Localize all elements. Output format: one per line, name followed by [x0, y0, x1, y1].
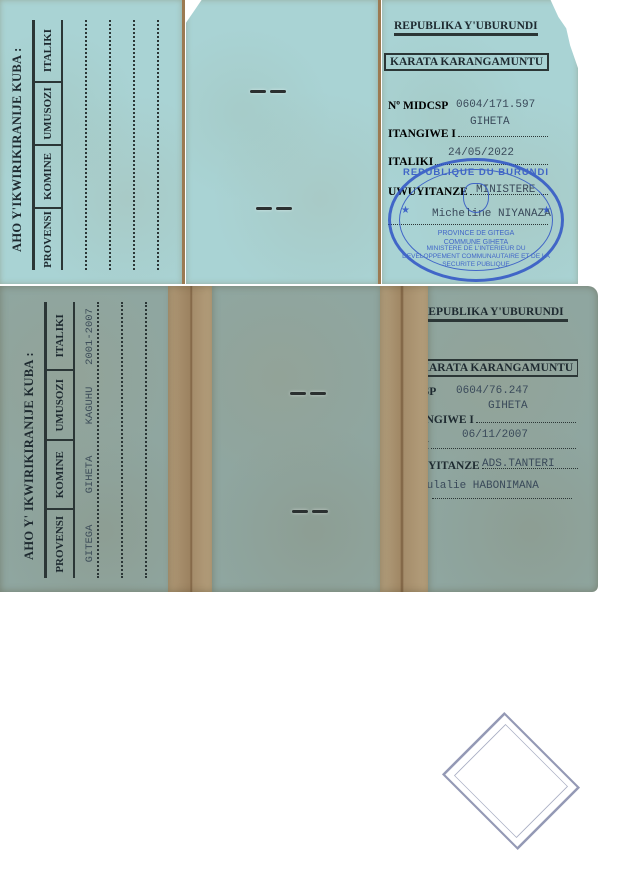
signature-line: [432, 498, 572, 499]
card2-front-page: REPUBLIKA Y'UBURUNDI KARATA KARANGAMUNTU…: [428, 286, 598, 592]
star-icon: ★: [401, 205, 410, 216]
cell: [135, 83, 157, 146]
col-italiki: ITALIKI: [47, 302, 73, 370]
card2-value-number: 0604/76.247: [456, 385, 529, 397]
cell: [135, 208, 157, 271]
field-label: Nº MIDCSP: [388, 100, 448, 112]
coat-of-arms-icon: [463, 183, 489, 213]
star-icon: ★: [542, 205, 551, 216]
identity-card-2: AHO Y' IKWIRIKIRANIJE KUBA : PROVENSI KO…: [0, 286, 600, 594]
cell-provensi: GITEGA: [75, 509, 97, 578]
col-umusozi: UMUSOZI: [47, 370, 73, 440]
official-stamp-republique: REPUBLIQUE DU BURUNDI ★ ★ PROVINCE DE GI…: [388, 158, 564, 282]
cell: [147, 371, 169, 440]
card1-value-issued-at: GIHETA: [470, 116, 510, 128]
cell: [111, 145, 133, 208]
cell: [123, 509, 145, 578]
stamp-province: PROVINCE DE GITEGA COMMUNE GIHETA: [391, 229, 561, 247]
card1-back-page: AHO Y'IKWIRIKIRANIJE KUBA : PROVENSI KOM…: [0, 0, 185, 284]
table-row: [135, 20, 159, 270]
cell: [87, 83, 109, 146]
cell: [123, 440, 145, 509]
card2-residence-table: AHO Y' IKWIRIKIRANIJE KUBA : PROVENSI KO…: [22, 302, 172, 578]
cell-italiki: 2001-2007: [75, 302, 97, 371]
card2-value-issuer: ADS.TANTERI: [482, 458, 555, 470]
cell: [63, 145, 85, 208]
col-italiki: ITALIKI: [35, 20, 61, 81]
card2-republic-heading: REPUBLIKA Y'UBURUNDI: [428, 306, 568, 322]
staple-icon: [312, 510, 328, 513]
card2-photo-page: [212, 286, 382, 592]
stamp-top-text: REPUBLIQUE DU BURUNDI: [391, 167, 561, 178]
cell: [87, 208, 109, 271]
card1-value-number: 0604/171.597: [456, 99, 535, 111]
cell: [99, 440, 121, 509]
field-label: ITANGIWE I: [428, 414, 474, 426]
cell: [111, 83, 133, 146]
cell: [87, 20, 109, 83]
cell: [99, 371, 121, 440]
table-row: [87, 20, 111, 270]
staple-icon: [292, 510, 308, 513]
field-label: ITALIKI: [428, 440, 429, 452]
stamp-ministry: MINISTERE DE L'INTERIEUR DU DEVELOPPEMEN…: [401, 245, 551, 269]
stamp-commune-line: COMMUNE GIHETA: [391, 238, 561, 247]
card2-signatory: Eulalie HABONIMANA: [428, 480, 539, 492]
cell: [147, 509, 169, 578]
binding-tape-left: [168, 286, 214, 592]
field-label: UWUYITANZE: [428, 460, 480, 472]
field-label: Nº MIDCSP: [428, 386, 436, 398]
col-provensi: PROVENSI: [47, 509, 73, 579]
card2-value-issued-at: GIHETA: [488, 400, 528, 412]
cell: [111, 208, 133, 271]
col-umusozi: UMUSOZI: [35, 81, 61, 144]
card2-card-title: KARATA KARANGAMUNTU: [428, 359, 578, 377]
cell-komine: GIHETA: [75, 440, 97, 509]
col-provensi: PROVENSI: [35, 207, 61, 270]
staple-icon: [256, 207, 272, 210]
card1-residence-title: AHO Y'IKWIRIKIRANIJE KUBA :: [10, 20, 25, 270]
identity-card-1: AHO Y'IKWIRIKIRANIJE KUBA : PROVENSI KOM…: [0, 0, 578, 284]
cell: [123, 371, 145, 440]
cell: [111, 20, 133, 83]
card1-field-issued-at: ITANGIWE I: [388, 126, 548, 140]
col-komine: KOMINE: [47, 439, 73, 509]
table-row: [111, 20, 135, 270]
staple-icon: [310, 392, 326, 395]
table-row: GITEGAGIHETAKAGUHU2001-2007: [75, 302, 99, 578]
card1-card-title: KARATA KARANGAMUNTU: [384, 53, 549, 71]
cell: [135, 145, 157, 208]
cell-umusozi: KAGUHU: [75, 371, 97, 440]
cell: [123, 302, 145, 371]
official-stamp-diamond: [442, 712, 580, 850]
cell: [87, 145, 109, 208]
staple-icon: [250, 90, 266, 93]
stamp-province-line: PROVINCE DE GITEGA: [391, 229, 561, 238]
card1-photo-page: [186, 0, 381, 284]
card2-value-date: 06/11/2007: [462, 429, 528, 441]
col-komine: KOMINE: [35, 144, 61, 207]
cell: [147, 302, 169, 371]
table-row: [123, 302, 147, 578]
cell: [147, 440, 169, 509]
card2-back-page: AHO Y' IKWIRIKIRANIJE KUBA : PROVENSI KO…: [0, 286, 172, 592]
card1-residence-table: AHO Y'IKWIRIKIRANIJE KUBA : PROVENSI KOM…: [10, 20, 180, 270]
staple-icon: [270, 90, 286, 93]
binding-tape-right: [380, 286, 430, 592]
cell: [63, 20, 85, 83]
table-row: [63, 20, 87, 270]
cell: [63, 83, 85, 146]
cell: [135, 20, 157, 83]
card2-residence-title: AHO Y' IKWIRIKIRANIJE KUBA :: [22, 302, 37, 578]
field-label: ITANGIWE I: [388, 128, 456, 140]
cell: [99, 509, 121, 578]
staple-icon: [290, 392, 306, 395]
card1-republic-heading: REPUBLIKA Y'UBURUNDI: [394, 20, 538, 36]
cell: [63, 208, 85, 271]
cell: [99, 302, 121, 371]
staple-icon: [276, 207, 292, 210]
table-row: [99, 302, 123, 578]
card2-field-date: ITALIKI: [428, 438, 588, 458]
